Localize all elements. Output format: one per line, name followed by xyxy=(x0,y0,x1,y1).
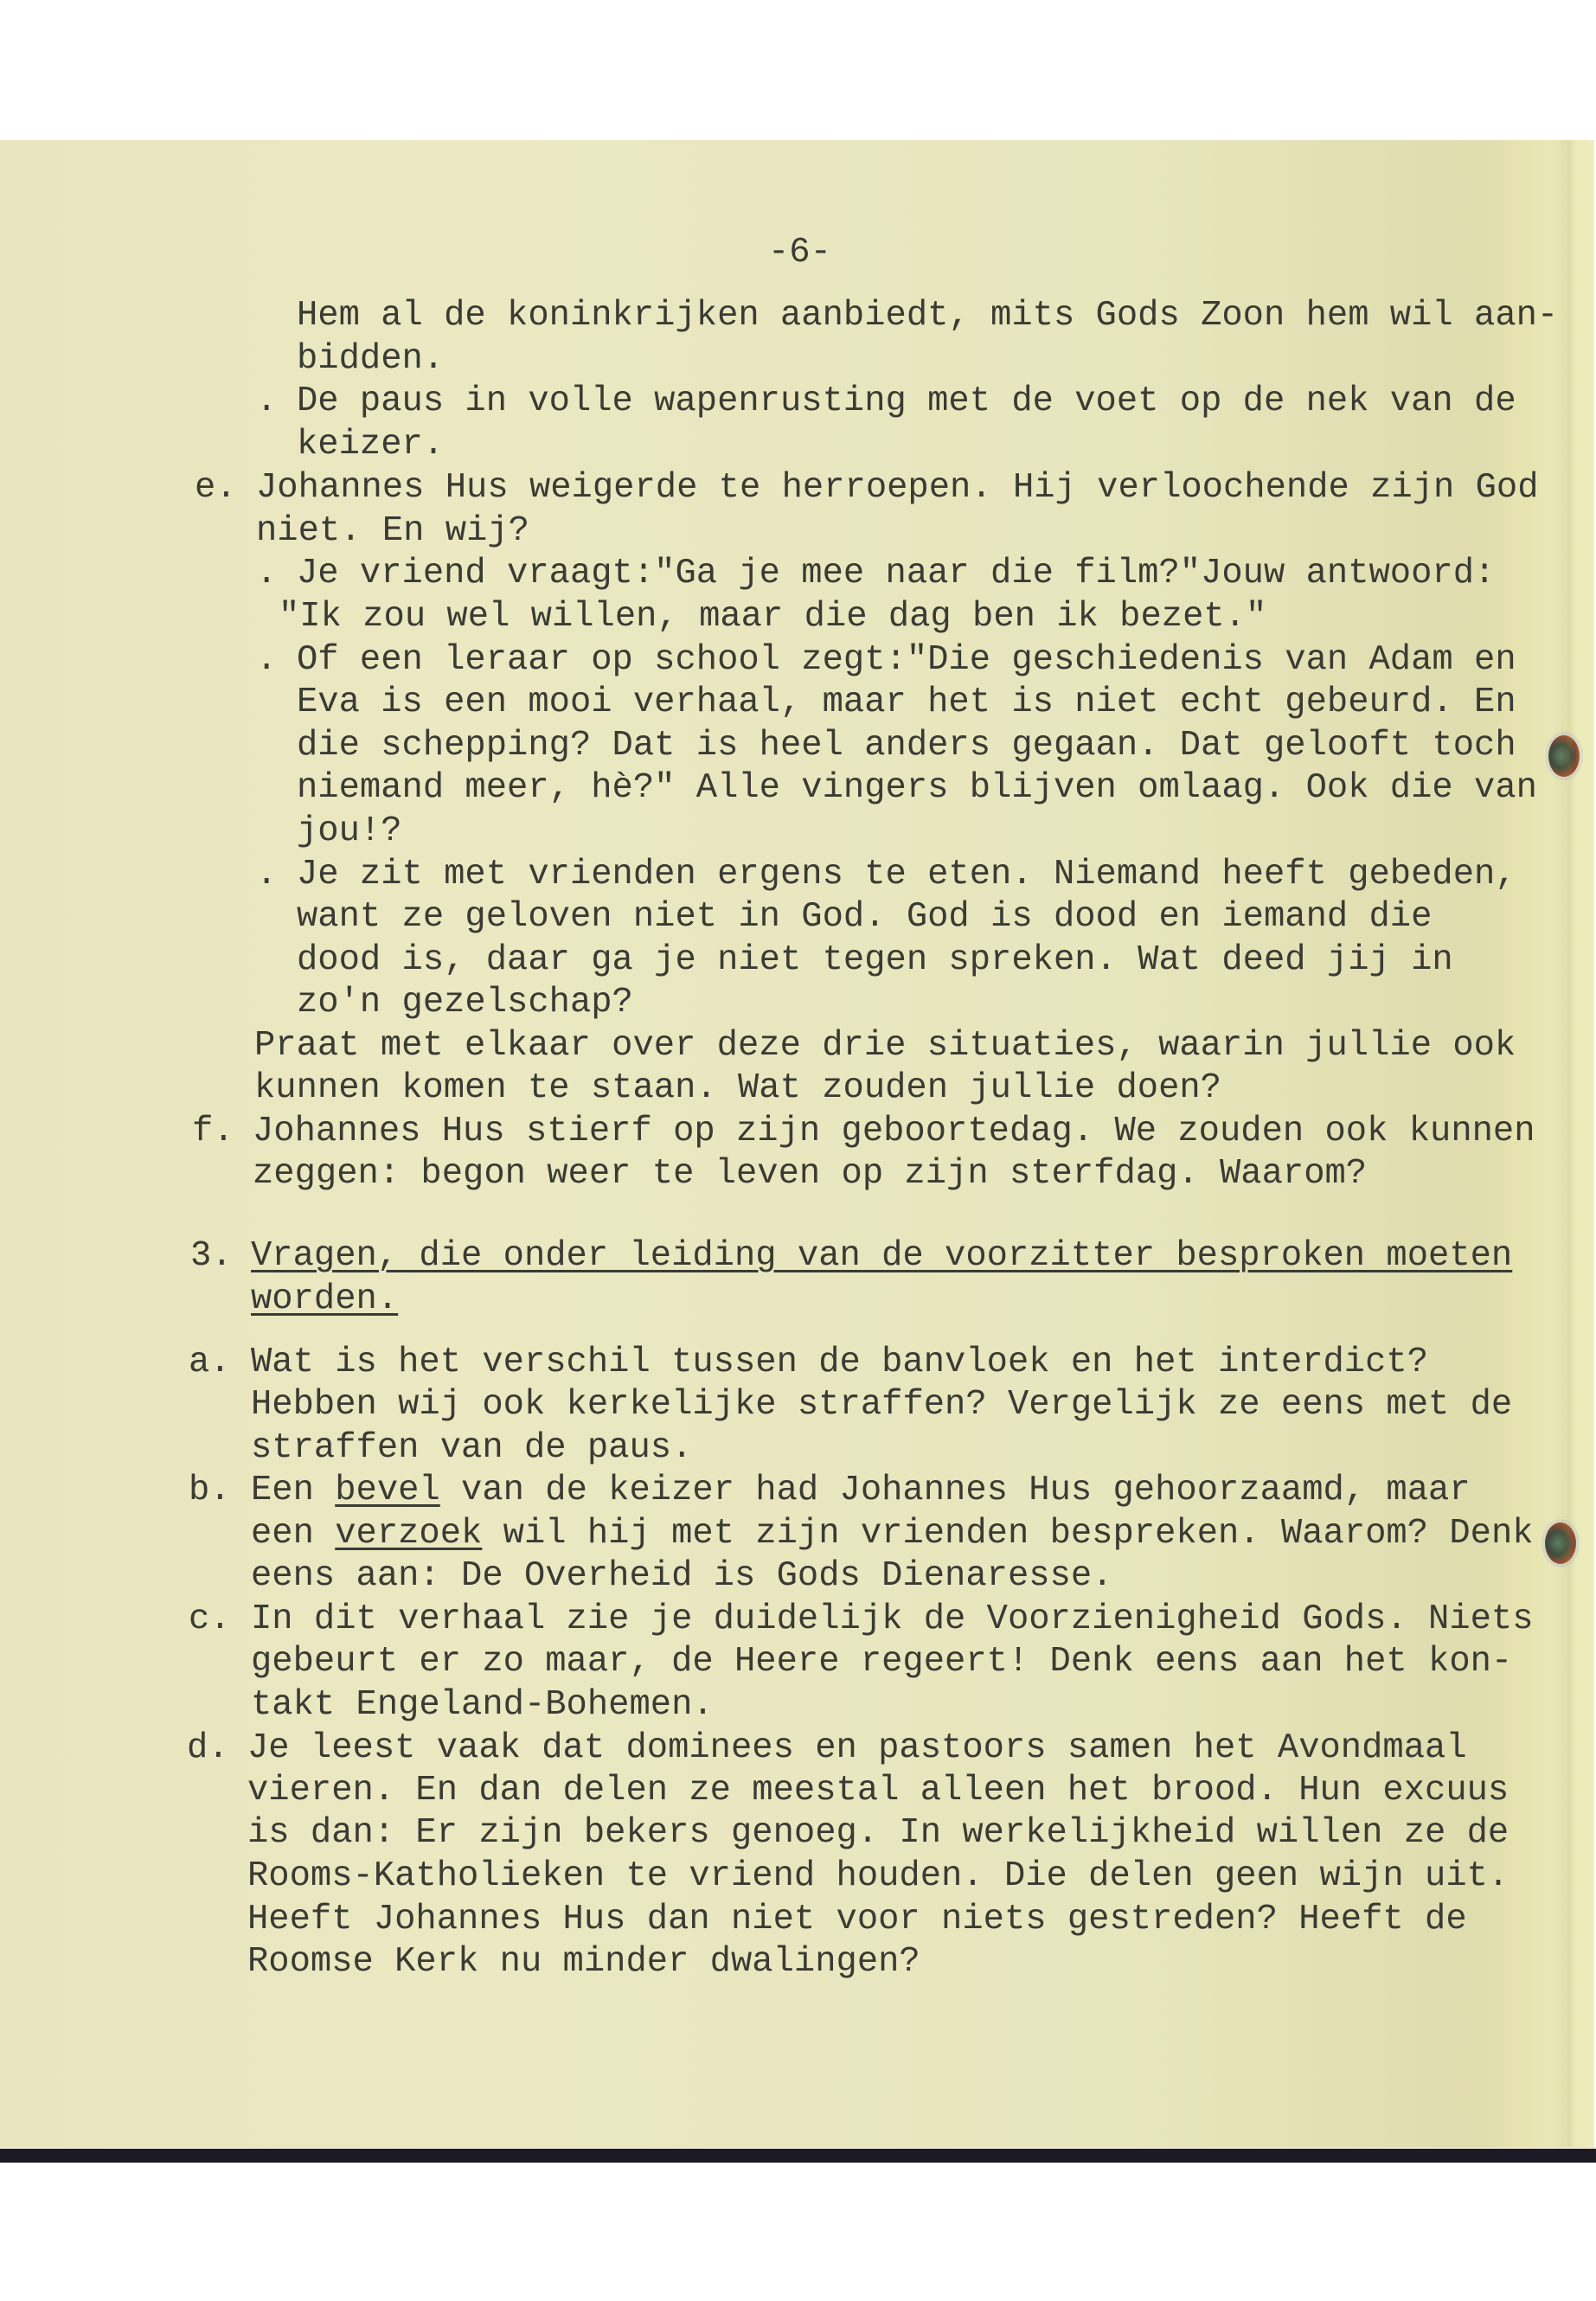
item-marker-a: a. xyxy=(189,1345,231,1381)
bullet-marker: . xyxy=(256,857,277,893)
item-marker-c: c. xyxy=(189,1602,231,1638)
item-marker-d: d. xyxy=(187,1731,229,1766)
item-e-line: niet. En wij? xyxy=(256,514,529,549)
item-d-line: Roomse Kerk nu minder dwalingen? xyxy=(247,1945,920,1980)
page-number: -6- xyxy=(768,235,831,271)
bullet-line: De paus in volle wapenrusting met de voe… xyxy=(297,384,1516,420)
item-a-line: Wat is het verschil tussen de banvloek e… xyxy=(251,1345,1428,1381)
bullet-line: die schepping? Dat is heel anders gegaan… xyxy=(297,728,1516,764)
item-d-line: Heeft Johannes Hus dan niet voor niets g… xyxy=(247,1902,1467,1938)
bullet-marker: . xyxy=(256,643,277,678)
item-a-line: straffen van de paus. xyxy=(251,1431,692,1466)
item-d-line: Rooms-Katholieken te vriend houden. Die … xyxy=(247,1859,1509,1894)
item-marker-b: b. xyxy=(189,1473,231,1509)
item-e-closing-line: kunnen komen te staan. Wat zouden jullie… xyxy=(254,1071,1221,1106)
bullet-line: Of een leraar op school zegt:"Die geschi… xyxy=(297,643,1516,678)
item-c-line: In dit verhaal zie je duidelijk de Voorz… xyxy=(251,1602,1534,1638)
binder-hole xyxy=(1548,735,1580,777)
item-b-text: Een bevel van de keizer had Johannes Hus… xyxy=(251,1471,1471,1510)
item-b-line: eens aan: De Overheid is Gods Dienaresse… xyxy=(251,1559,1112,1594)
bullet-line: zo'n gezelschap? xyxy=(297,985,633,1021)
continuation-line: Hem al de koninkrijken aanbiedt, mits Go… xyxy=(297,298,1558,334)
section-marker-3: 3. xyxy=(190,1239,233,1274)
bullet-marker: . xyxy=(256,556,277,592)
bullet-line: niemand meer, hè?" Alle vingers blijven … xyxy=(297,771,1537,806)
section-3-heading: Vragen, die onder leiding van de voorzit… xyxy=(251,1239,1512,1274)
binder-hole xyxy=(1545,1522,1576,1564)
underlined-word: bevel xyxy=(335,1471,440,1510)
bullet-line: "Ik zou wel willen, maar die dag ben ik … xyxy=(279,599,1266,635)
item-c-line: takt Engeland-Bohemen. xyxy=(251,1688,714,1723)
section-3-heading: worden. xyxy=(251,1282,398,1317)
item-a-line: Hebben wij ook kerkelijke straffen? Verg… xyxy=(251,1388,1512,1423)
underlined-word: verzoek xyxy=(335,1514,482,1554)
bullet-marker: . xyxy=(256,384,277,420)
item-d-line: is dan: Er zijn bekers genoeg. In werkel… xyxy=(247,1816,1509,1851)
item-b-line: een verzoek wil hij met zijn vrienden be… xyxy=(251,1516,1534,1552)
item-f-line: zeggen: begon weer te leven op zijn ster… xyxy=(253,1157,1367,1192)
item-f-line: Johannes Hus stierf op zijn geboortedag.… xyxy=(253,1114,1535,1150)
binding-strip xyxy=(0,2147,1596,2163)
item-marker-e: e. xyxy=(195,471,237,506)
bullet-line: Eva is een mooi verhaal, maar het is nie… xyxy=(297,685,1516,721)
item-e-closing-line: Praat met elkaar over deze drie situatie… xyxy=(254,1029,1516,1064)
item-b-line: Een bevel van de keizer had Johannes Hus… xyxy=(251,1473,1471,1509)
bullet-line: want ze geloven niet in God. God is dood… xyxy=(297,900,1432,935)
item-d-line: Je leest vaak dat dominees en pastoors s… xyxy=(247,1731,1467,1766)
item-marker-f: f. xyxy=(192,1114,234,1150)
item-e-line: Johannes Hus weigerde te herroepen. Hij … xyxy=(256,471,1539,506)
bullet-line: Je zit met vrienden ergens te eten. Niem… xyxy=(297,857,1516,893)
bullet-line: dood is, daar ga je niet tegen spreken. … xyxy=(297,943,1453,978)
bullet-line: Je vriend vraagt:"Ga je mee naar die fil… xyxy=(297,556,1495,592)
bullet-line: jou!? xyxy=(297,814,402,849)
item-d-line: vieren. En dan delen ze meestal alleen h… xyxy=(247,1773,1509,1809)
bullet-line: keizer. xyxy=(297,427,444,463)
continuation-line: bidden. xyxy=(297,342,444,377)
item-c-line: gebeurt er zo maar, de Heere regeert! De… xyxy=(251,1644,1512,1680)
